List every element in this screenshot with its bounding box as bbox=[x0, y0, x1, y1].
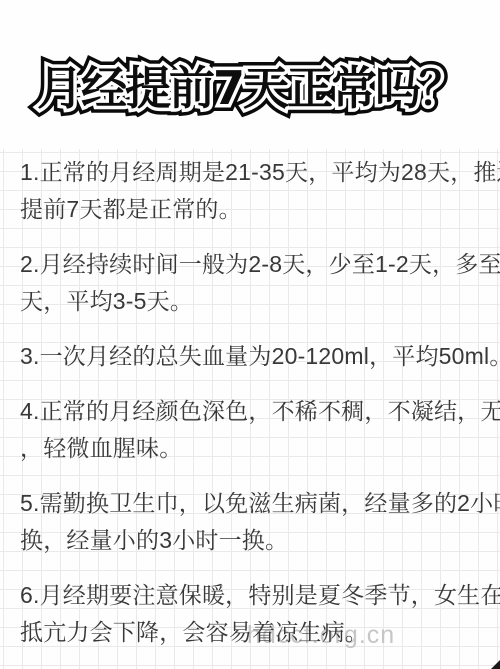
page-title-text: 月经提前7天正常吗？ bbox=[0, 50, 500, 126]
points-list: 1.正常的月经周期是21-35天，平均为28天，推迟或 提前7天都是正常的。 2… bbox=[20, 154, 492, 669]
point-1-line-2: 提前7天都是正常的。 bbox=[20, 191, 492, 228]
point-3: 3.一次月经的总失血量为20-120ml，平均50ml。 bbox=[20, 338, 492, 375]
point-2-line-1: 2.月经持续时间一般为2-8天，少至1-2天，多至7-8 bbox=[20, 246, 492, 283]
corner-mark bbox=[491, 660, 500, 669]
point-4-line-1: 4.正常的月经颜色深色，不稀不稠，不凝结，无雪块 bbox=[20, 393, 492, 430]
page-title: 月经提前7天正常吗？ 月经提前7天正常吗？ 月经提前7天正常吗？ bbox=[0, 50, 500, 134]
point-6-line-2: 抵亢力会下降，会容易着凉生病。 bbox=[20, 614, 492, 651]
point-4-line-2: ，轻微血腥味。 bbox=[20, 430, 492, 467]
point-5-line-1: 5.需勤换卫生巾，以免滋生病菌，经量多的2小时一 bbox=[20, 485, 492, 522]
point-2: 2.月经持续时间一般为2-8天，少至1-2天，多至7-8 天，平均3-5天。 bbox=[20, 246, 492, 320]
point-2-line-2: 天，平均3-5天。 bbox=[20, 283, 492, 320]
infographic-card: 月经提前7天正常吗？ 月经提前7天正常吗？ 月经提前7天正常吗？ hdccf.o… bbox=[0, 0, 500, 669]
point-6-line-1: 6.月经期要注意保暖，特别是夏冬季节，女生在经期 bbox=[20, 577, 492, 614]
point-4: 4.正常的月经颜色深色，不稀不稠，不凝结，无雪块 ，轻微血腥味。 bbox=[20, 393, 492, 467]
point-5-line-2: 换，经量小的3小时一换。 bbox=[20, 522, 492, 559]
point-6: 6.月经期要注意保暖，特别是夏冬季节，女生在经期 抵亢力会下降，会容易着凉生病。 bbox=[20, 577, 492, 651]
point-3-line-1: 3.一次月经的总失血量为20-120ml，平均50ml。 bbox=[20, 338, 492, 375]
point-1: 1.正常的月经周期是21-35天，平均为28天，推迟或 提前7天都是正常的。 bbox=[20, 154, 492, 228]
point-1-line-1: 1.正常的月经周期是21-35天，平均为28天，推迟或 bbox=[20, 154, 492, 191]
point-5: 5.需勤换卫生巾，以免滋生病菌，经量多的2小时一 换，经量小的3小时一换。 bbox=[20, 485, 492, 559]
